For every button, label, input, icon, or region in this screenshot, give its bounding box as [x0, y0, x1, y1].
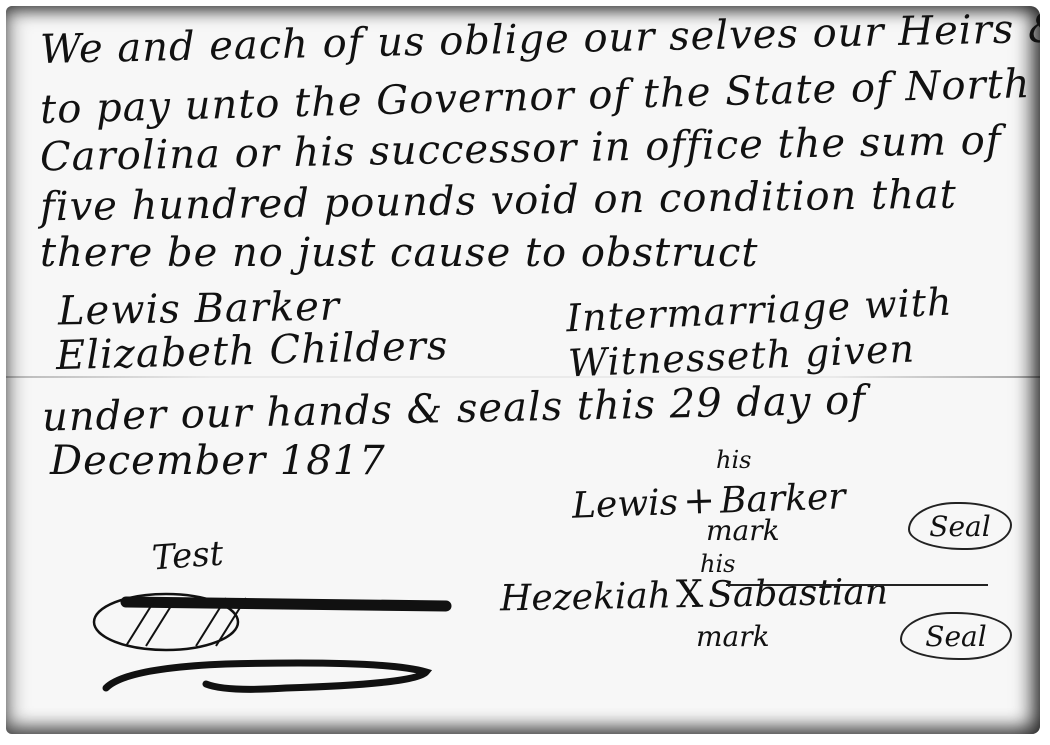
- signature-1-first: Lewis: [571, 482, 678, 527]
- seal-2: Seal: [900, 612, 1012, 660]
- signature-1-his: his: [716, 446, 751, 474]
- document-scan: We and each of us oblige our selves our …: [0, 0, 1050, 745]
- signature-1-mark-label: mark: [706, 514, 780, 547]
- body-line-5: there be no just cause to obstruct: [40, 230, 759, 276]
- body-line-date-1: under our hands & seals this 29 day of: [42, 377, 867, 440]
- body-line-date-2: December 1817: [50, 438, 386, 484]
- signature-2-mark-label: mark: [696, 620, 770, 653]
- body-line-1: We and each of us oblige our selves our …: [40, 6, 1040, 73]
- witness-label: Test: [151, 534, 225, 579]
- signature-2-first: Hezekiah: [500, 575, 672, 619]
- bride-name: Elizabeth Childers: [55, 323, 448, 379]
- signature-2-last: Sabastian: [708, 572, 888, 616]
- body-line-4: five hundred pounds void on condition th…: [40, 172, 957, 231]
- signature-2-underline: [726, 584, 988, 586]
- signature-2-line: Hezekiah X Sabastian: [500, 569, 889, 620]
- seal-1: Seal: [908, 502, 1012, 550]
- paper-sheet: We and each of us oblige our selves our …: [6, 6, 1040, 734]
- signature-2-mark-icon: X: [676, 572, 704, 616]
